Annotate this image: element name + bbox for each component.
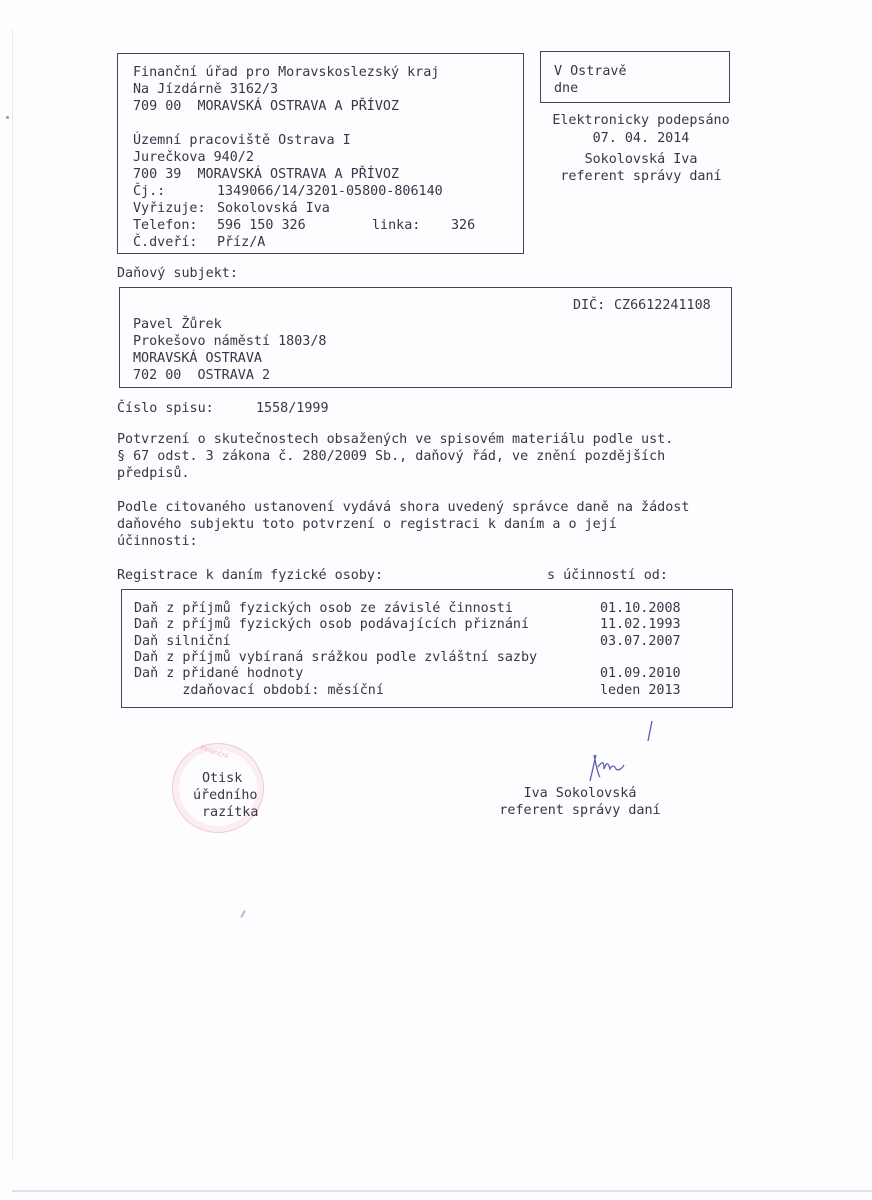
paragraph-2-line: účinnosti: xyxy=(117,533,198,550)
registration-tax: Daň z přidané hodnoty xyxy=(134,665,303,682)
door-value: Příz/A xyxy=(217,234,265,251)
authority-line: Jurečkova 940/2 xyxy=(133,149,254,166)
e-signature-label: Elektronicky podepsáno xyxy=(536,112,746,129)
reference-label: Čj.: xyxy=(133,183,165,200)
handwritten-signature-icon xyxy=(560,715,680,785)
authority-line: Územní pracoviště Ostrava I xyxy=(133,132,351,149)
registration-date: 01.09.2010 xyxy=(600,665,681,682)
taxpayer-city: MORAVSKÁ OSTRAVA xyxy=(133,350,262,367)
signatory-name: Iva Sokolovská xyxy=(480,785,680,802)
authority-line: 700 39 MORAVSKÁ OSTRAVA A PŘÍVOZ xyxy=(133,166,399,183)
registration-tax: zdaňovací období: měsíční xyxy=(134,682,384,699)
door-label: Č.dveří: xyxy=(133,234,198,251)
handled-by-value: Sokolovská Iva xyxy=(217,200,330,217)
reference-value: 1349066/14/3201-05800-806140 xyxy=(217,183,443,200)
registration-tax: Daň z příjmů fyzických osob ze závislé č… xyxy=(134,600,513,617)
registration-date: 01.10.2008 xyxy=(600,600,681,617)
phone-value: 596 150 326 xyxy=(217,217,306,234)
paragraph-1-line: § 67 odst. 3 zákona č. 280/2009 Sb., daň… xyxy=(117,448,665,465)
authority-line: Finanční úřad pro Moravskoslezský kraj xyxy=(133,64,439,81)
scan-speck xyxy=(6,116,9,119)
registration-tax: Daň z příjmů fyzických osob podávajících… xyxy=(134,616,529,633)
extension-value: 326 xyxy=(451,217,475,234)
registration-tax: Daň z příjmů vybíraná srážkou podle zvlá… xyxy=(134,649,537,666)
extension-label: linka: xyxy=(372,217,420,234)
paragraph-2-line: Podle citovaného ustanovení vydává shora… xyxy=(117,499,689,516)
phone-label: Telefon: xyxy=(133,217,198,234)
paragraph-2-line: daňového subjektu toto potvrzení o regis… xyxy=(117,516,617,533)
e-signature-role: referent správy daní xyxy=(536,168,746,185)
place: V Ostravě xyxy=(554,63,627,80)
taxpayer-name: Pavel Žůrek xyxy=(133,316,222,333)
registration-date: leden 2013 xyxy=(600,682,681,699)
paragraph-1-line: Potvrzení o skutečnostech obsažených ve … xyxy=(117,431,673,448)
e-signature-name: Sokolovská Iva xyxy=(536,151,746,168)
file-number-label: Číslo spisu: xyxy=(117,400,214,417)
taxpayer-zip-city: 702 00 OSTRAVA 2 xyxy=(133,367,270,384)
taxpayer-street: Prokešovo náměstí 1803/8 xyxy=(133,333,326,350)
taxpayer-heading: Daňový subjekt: xyxy=(117,265,238,282)
stamp-text-line: úředního xyxy=(193,787,258,804)
date-label: dne xyxy=(554,80,578,97)
page-edge-bottom xyxy=(12,1190,872,1192)
authority-line: Na Jízdárně 3162/3 xyxy=(133,81,278,98)
registration-date: 11.02.1993 xyxy=(600,616,681,633)
stamp-text-line: Otisk xyxy=(202,770,242,787)
registration-tax: Daň silniční xyxy=(134,633,231,650)
paragraph-1-line: předpisů. xyxy=(117,465,190,482)
authority-line: 709 00 MORAVSKÁ OSTRAVA A PŘÍVOZ xyxy=(133,98,399,115)
dic-label: DIČ: xyxy=(573,297,605,314)
dic-value: CZ6612241108 xyxy=(614,297,711,314)
stamp-text-line: razítka xyxy=(202,804,258,821)
signatory-role: referent správy daní xyxy=(480,802,680,819)
e-signature-date: 07. 04. 2014 xyxy=(536,130,746,147)
handled-by-label: Vyřizuje: xyxy=(133,200,206,217)
scan-speck xyxy=(240,910,246,918)
file-number-value: 1558/1999 xyxy=(256,400,329,417)
registration-date: 03.07.2007 xyxy=(600,633,681,650)
effective-heading: s účinností od: xyxy=(547,567,668,584)
page-edge-left xyxy=(12,30,13,1160)
registrations-heading: Registrace k daním fyzické osoby: xyxy=(117,567,383,584)
